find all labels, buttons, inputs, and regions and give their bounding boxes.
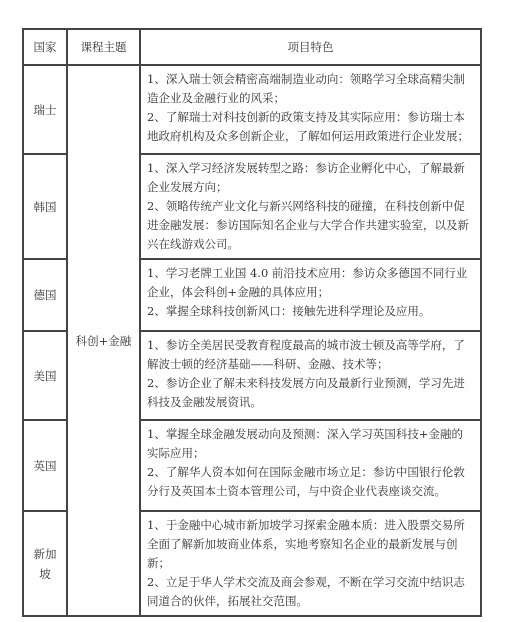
feature-item: 2、参访企业了解未来科技发展方向及最新行业预测，学习先进科技及金融发展资讯。 xyxy=(147,374,474,412)
feature-item: 2、了解华人资本如何在国际金融市场立足：参访中国银行伦敦分行及英国本土资本管理公… xyxy=(147,463,474,501)
table-row: 瑞士 科创+金融 1、深入瑞士领会精密高端制造业动向：领略学习全球高精尖制造企业… xyxy=(23,65,481,154)
country-cell: 新加 坡 xyxy=(23,511,67,616)
features-cell: 1、深入瑞士领会精密高端制造业动向：领略学习全球高精尖制造企业及金融行业的风采；… xyxy=(140,65,481,154)
feature-item: 1、深入学习经济发展转型之路：参访企业孵化中心，了解最新企业发展方向； xyxy=(147,159,474,197)
feature-item: 1、深入瑞士领会精密高端制造业动向：领略学习全球高精尖制造企业及金融行业的风采； xyxy=(147,70,474,108)
feature-item: 2、立足于华人学术交流及商会参观，不断在学习交流中结识志同道合的伙伴，拓展社交范… xyxy=(147,573,474,611)
country-cell: 英国 xyxy=(23,420,67,511)
country-cell: 美国 xyxy=(23,331,67,420)
feature-item: 1、参访全美居民受教育程度最高的城市波士顿及高等学府，了解波士顿的经济基础——科… xyxy=(147,336,474,374)
country-cell: 韩国 xyxy=(23,154,67,259)
feature-item: 1、学习老牌工业国 4.0 前沿技术应用：参访众多德国不同行业企业，体会科创+金… xyxy=(147,264,474,302)
features-cell: 1、参访全美居民受教育程度最高的城市波士顿及高等学府，了解波士顿的经济基础——科… xyxy=(140,331,481,420)
header-country: 国家 xyxy=(23,29,67,65)
feature-item: 1、掌握全球金融发展动向及预测：深入学习英国科技+金融的实际应用； xyxy=(147,425,474,463)
program-table: 国家 课程主题 项目特色 瑞士 科创+金融 1、深入瑞士领会精密高端制造业动向：… xyxy=(22,28,482,617)
feature-item: 2、掌握全球科技创新风口：接触先进科学理论及应用。 xyxy=(147,302,474,321)
features-cell: 1、学习老牌工业国 4.0 前沿技术应用：参访众多德国不同行业企业，体会科创+金… xyxy=(140,259,481,331)
features-cell: 1、于金融中心城市新加坡学习探索金融本质：进入股票交易所全面了解新加坡商业体系，… xyxy=(140,511,481,616)
country-cell: 德国 xyxy=(23,259,67,331)
country-cell: 瑞士 xyxy=(23,65,67,154)
country-line: 坡 xyxy=(39,567,51,581)
feature-item: 2、了解瑞士对科技创新的政策支持及其实际应用：参访瑞士本地政府机构及众多创新企业… xyxy=(147,108,474,146)
country-line: 新加 xyxy=(34,547,57,561)
header-theme: 课程主题 xyxy=(67,29,140,65)
features-cell: 1、深入学习经济发展转型之路：参访企业孵化中心，了解最新企业发展方向； 2、领略… xyxy=(140,154,481,259)
features-cell: 1、掌握全球金融发展动向及预测：深入学习英国科技+金融的实际应用； 2、了解华人… xyxy=(140,420,481,511)
header-row: 国家 课程主题 项目特色 xyxy=(23,29,481,65)
feature-item: 1、于金融中心城市新加坡学习探索金融本质：进入股票交易所全面了解新加坡商业体系，… xyxy=(147,516,474,573)
theme-cell: 科创+金融 xyxy=(67,65,140,616)
feature-item: 2、领略传统产业文化与新兴网络科技的碰撞，在科技创新中促进金融发展：参访国际知名… xyxy=(147,197,474,254)
header-features: 项目特色 xyxy=(140,29,481,65)
